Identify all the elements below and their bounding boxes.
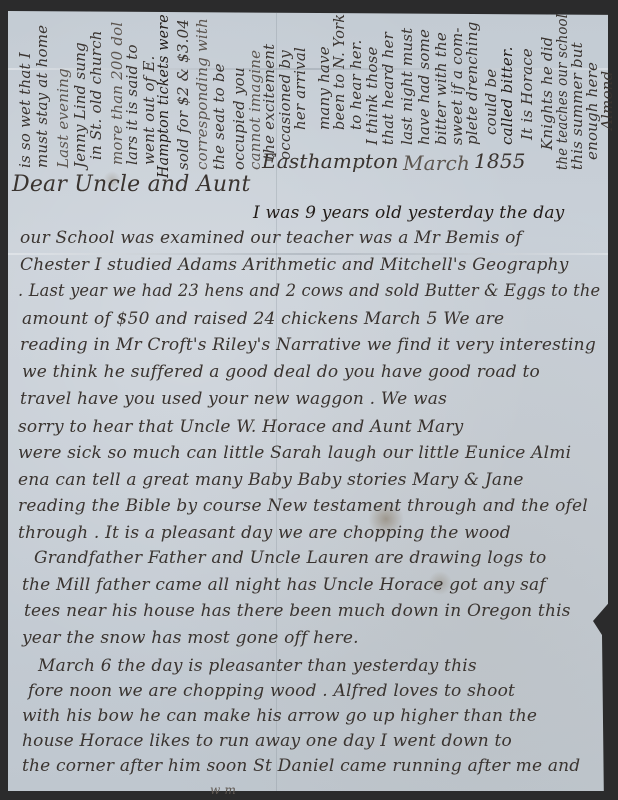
- body-line: year the snow has most gone off here.: [22, 628, 359, 648]
- body-line: the Mill father came all night has Uncle…: [22, 575, 546, 595]
- margin-line: called bitter.: [500, 46, 515, 145]
- margin-line: could be: [484, 69, 499, 135]
- body-line: with his bow he can make his arrow go up…: [22, 706, 537, 726]
- margin-line: I think those: [365, 46, 380, 145]
- body-line: w m: [210, 780, 236, 800]
- body-line: amount of $50 and raised 24 chickens Mar…: [22, 309, 504, 329]
- body-line: Chester I studied Adams Arithmetic and M…: [20, 255, 569, 275]
- margin-line: corresponding with: [195, 18, 210, 170]
- margin-line: Hampton tickets were: [156, 14, 171, 178]
- margin-line: the seat to be: [212, 63, 227, 170]
- margin-line: Almond: [600, 71, 615, 130]
- margin-line: last night must: [400, 28, 415, 145]
- body-line: tees near his house has there been much …: [24, 601, 571, 621]
- body-line: we think he suffered a good deal do you …: [22, 362, 540, 382]
- place-name: Easthampton: [262, 150, 399, 172]
- body-line: reading the Bible by course New testamen…: [18, 496, 588, 516]
- margin-line: occupied you: [232, 67, 247, 170]
- margin-line: must stay at home: [35, 25, 50, 168]
- margin-line: sold for $2 & $3.04: [176, 19, 191, 170]
- body-line: through . It is a pleasant day we are ch…: [18, 523, 511, 543]
- body-line: our School was examined our teacher was …: [20, 228, 522, 248]
- body-line: were sick so much can little Sarah laugh…: [18, 443, 571, 463]
- margin-line: the excitement: [262, 44, 277, 160]
- body-line: sorry to hear that Uncle W. Horace and A…: [18, 417, 463, 437]
- margin-line: is so wet that I: [18, 52, 33, 168]
- margin-line: that heard her: [381, 32, 396, 145]
- margin-line: her arrival: [293, 47, 308, 130]
- date-month: March: [403, 152, 470, 174]
- body-line: . Last year we had 23 hens and 2 cows an…: [18, 281, 600, 301]
- margin-line: It is Horace: [520, 48, 535, 140]
- margin-line: in St. old church: [89, 30, 104, 160]
- date-year: 1855: [474, 150, 526, 172]
- margin-line: lars it is said to: [125, 44, 140, 165]
- margin-line: Jenny Lind sung: [73, 42, 88, 168]
- body-line: house Horace likes to run away one day I…: [22, 731, 512, 751]
- body-line: March 6 the day is pleasanter than yeste…: [38, 656, 477, 676]
- margin-line: have had some: [417, 29, 432, 145]
- margin-line: Last evening: [56, 68, 71, 168]
- body-line: Grandfather Father and Uncle Lauren are …: [34, 548, 546, 568]
- body-line: fore noon we are chopping wood . Alfred …: [28, 681, 515, 701]
- margin-line: to hear her.: [349, 40, 364, 130]
- body-line: I was 9 years old yesterday the day: [253, 203, 564, 223]
- margin-line: been to N. York: [332, 14, 347, 130]
- body-line: the corner after him soon St Daniel came…: [22, 756, 580, 776]
- margin-line: plete drenching: [465, 22, 480, 145]
- margin-line: bitter with the: [434, 32, 449, 145]
- body-line: reading in Mr Croft's Riley's Narrative …: [20, 335, 596, 355]
- body-line: travel have you used your new waggon . W…: [20, 389, 447, 409]
- body-line: ena can tell a great many Baby Baby stor…: [18, 470, 524, 490]
- salutation: Dear Uncle and Aunt: [12, 172, 251, 197]
